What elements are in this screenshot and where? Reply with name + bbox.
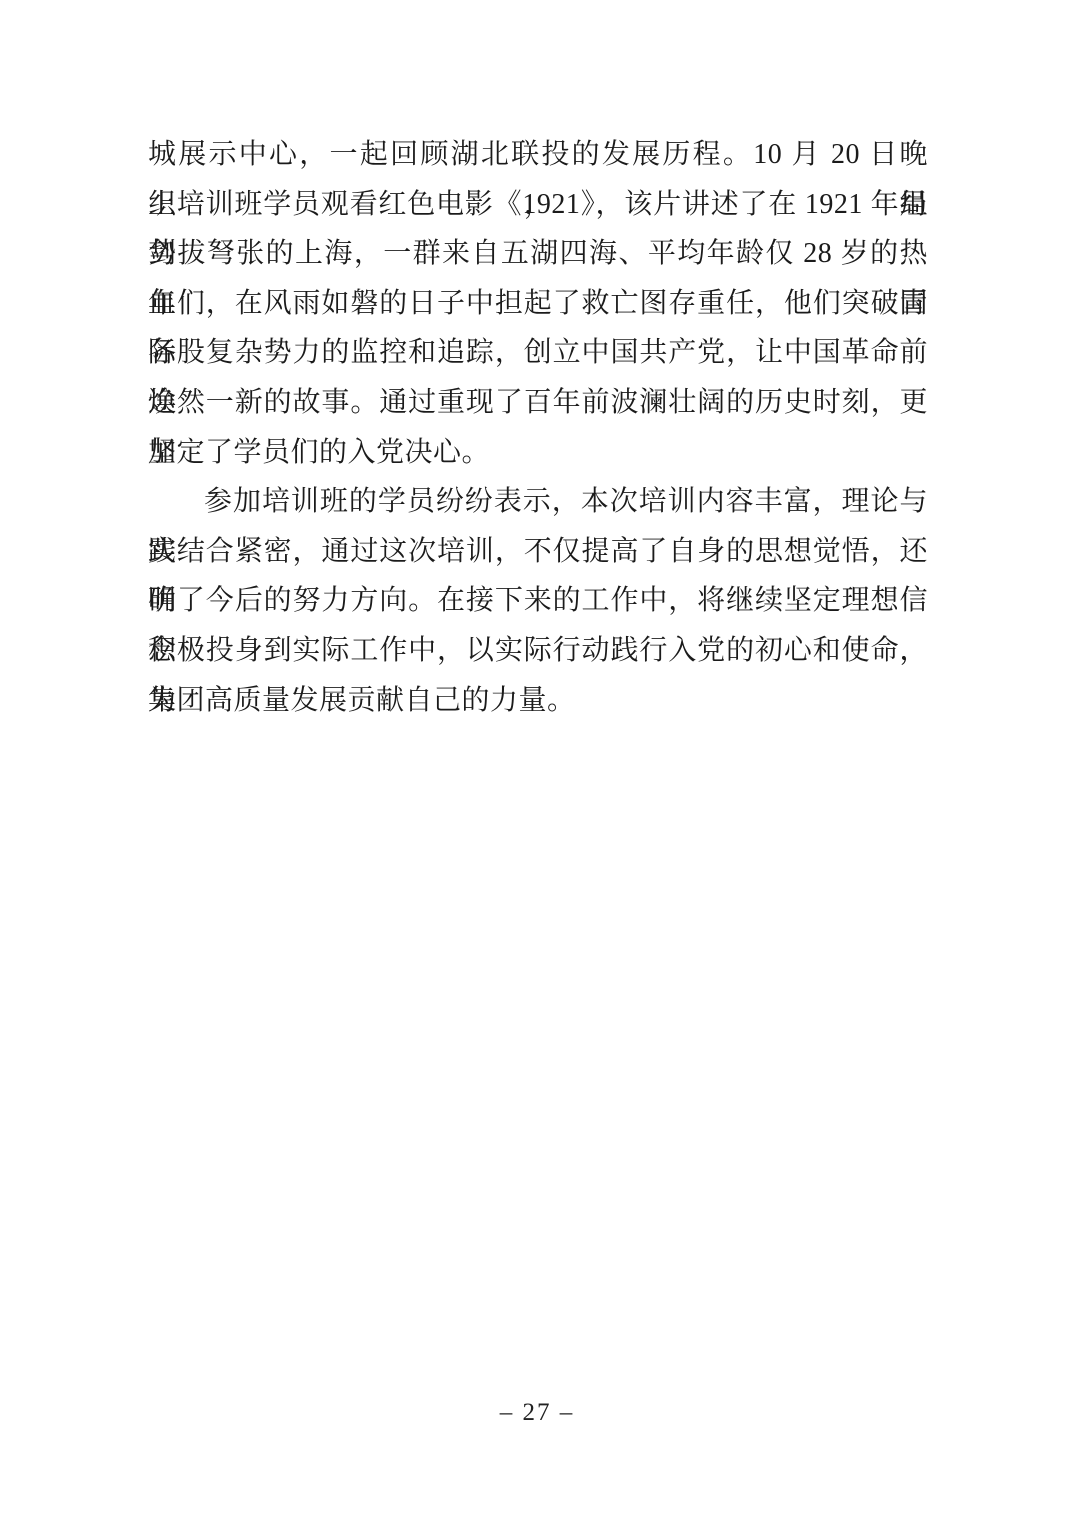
text-line: 确了今后的努力方向。在接下来的工作中，将继续坚定理想信念， [148, 576, 928, 626]
text-line: 参加培训班的学员纷纷表示，本次培训内容丰富，理论与实 [148, 477, 928, 527]
text-line: 织培训班学员观看红色电影《1921》，该片讲述了在 1921 年局势 [148, 180, 928, 230]
text-line: 剑拔弩张的上海，一群来自五湖四海、平均年龄仅 28 岁的热血青 [148, 229, 928, 279]
page-number: – 27 – [0, 1396, 1074, 1430]
text-line: 城展示中心，一起回顾湖北联投的发展历程。10 月 20 日晚上，组 [148, 130, 928, 180]
body-text: 城展示中心，一起回顾湖北联投的发展历程。10 月 20 日晚上，组 织培训班学员… [148, 130, 928, 725]
text-line: 各股复杂势力的监控和追踪，创立中国共产党，让中国革命前途 [148, 328, 928, 378]
text-line: 年们，在风雨如磐的日子中担起了救亡图存重任，他们突破国际 [148, 279, 928, 329]
text-line: 积极投身到实际工作中，以实际行动践行入党的初心和使命，为 [148, 626, 928, 676]
document-page: 城展示中心，一起回顾湖北联投的发展历程。10 月 20 日晚上，组 织培训班学员… [0, 0, 1074, 1520]
text-line: 焕然一新的故事。通过重现了百年前波澜壮阔的历史时刻，更加 [148, 378, 928, 428]
text-line: 集团高质量发展贡献自己的力量。 [148, 676, 928, 726]
text-line: 坚定了学员们的入党决心。 [148, 428, 928, 478]
text-line: 践结合紧密，通过这次培训，不仅提高了自身的思想觉悟，还明 [148, 527, 928, 577]
